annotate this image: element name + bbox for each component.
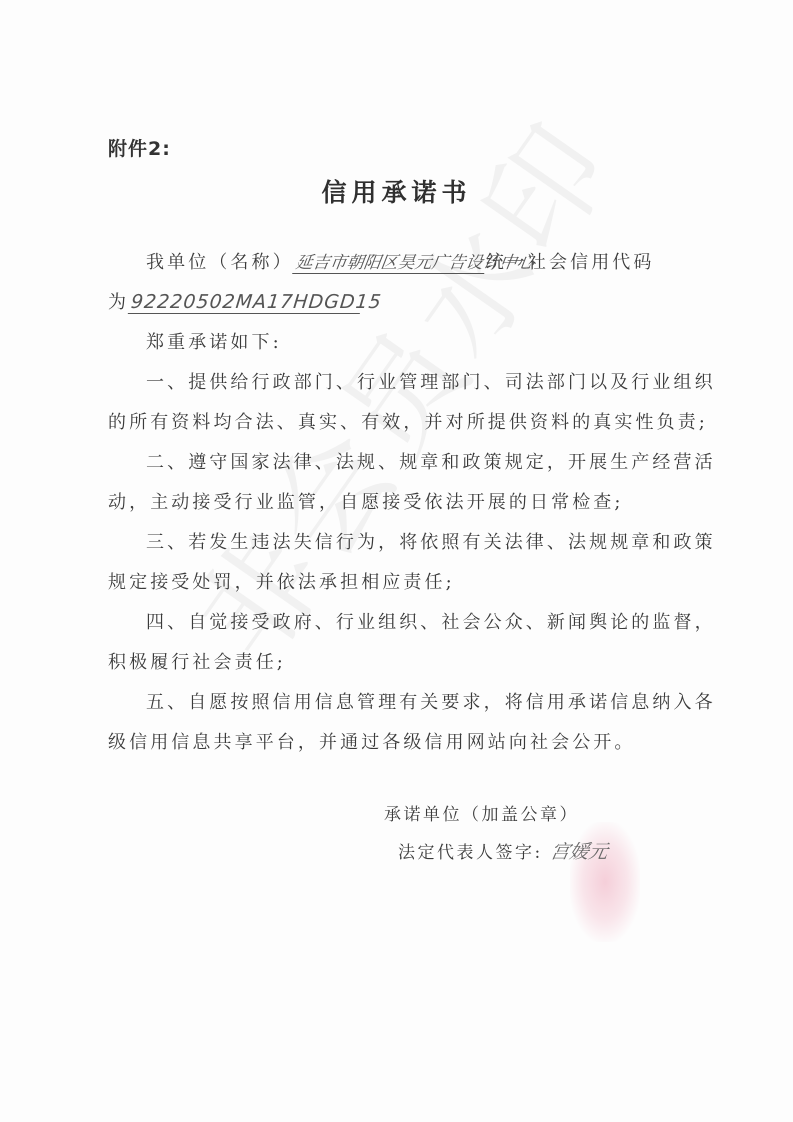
intro-line-1: 我单位（名称）延吉市朝阳区昊元广告设计中心统一社会信用代码 [146,248,655,274]
rep-label: 法定代表人签字: [398,843,543,863]
pledge-heading: 郑重承诺如下: [146,328,282,354]
code-prefix: 为 [108,292,129,313]
clause-5-line-1: 五、自愿按照信用信息管理有关要求，将信用承诺信息纳入各 [146,688,716,714]
intro-line-2: 为92220502MA17HDGD15 [108,288,361,314]
document-title: 信用承诺书 [0,173,793,209]
clause-3-line-1: 三、若发生违法失信行为，将依照有关法律、法规规章和政策 [146,528,716,554]
unit-seal-label: 承诺单位（加盖公章） [384,800,608,825]
clause-5-line-2: 级信用信息共享平台，并通过各级信用网站向社会公开。 [108,728,636,754]
signature-block: 承诺单位（加盖公章） 法定代表人签字: 宫媛元 [384,800,608,876]
credit-code-handwritten: 92220502MA17HDGD15 [128,291,362,314]
company-name-handwritten: 延吉市朝阳区昊元广告设计中心 [292,248,488,274]
clause-3-line-2: 规定接受处罚，并依法承担相应责任; [108,568,455,594]
rep-signature-handwritten: 宫媛元 [548,837,610,864]
clause-1-line-2: 的所有资料均合法、真实、有效，并对所提供资料的真实性负责; [108,408,708,434]
clause-2-line-2: 动，主动接受行业监管，自愿接受依法开展的日常检查; [108,488,624,514]
document-page: 非会员水印 附件2: 信用承诺书 我单位（名称）延吉市朝阳区昊元广告设计中心统一… [0,0,793,1122]
clause-2-line-1: 二、遵守国家法律、法规、规章和政策规定，开展生产经营活 [146,448,716,474]
clause-4-line-2: 积极履行社会责任; [108,648,286,674]
intro-prefix: 我单位（名称） [146,252,294,273]
rep-signature-line: 法定代表人签字: 宫媛元 [384,837,608,864]
attachment-label: 附件2: [108,134,171,161]
clause-4-line-1: 四、自觉接受政府、行业组织、社会公众、新闻舆论的监督， [146,608,716,634]
clause-1-line-1: 一、提供给行政部门、行业管理部门、司法部门以及行业组织 [146,368,716,394]
